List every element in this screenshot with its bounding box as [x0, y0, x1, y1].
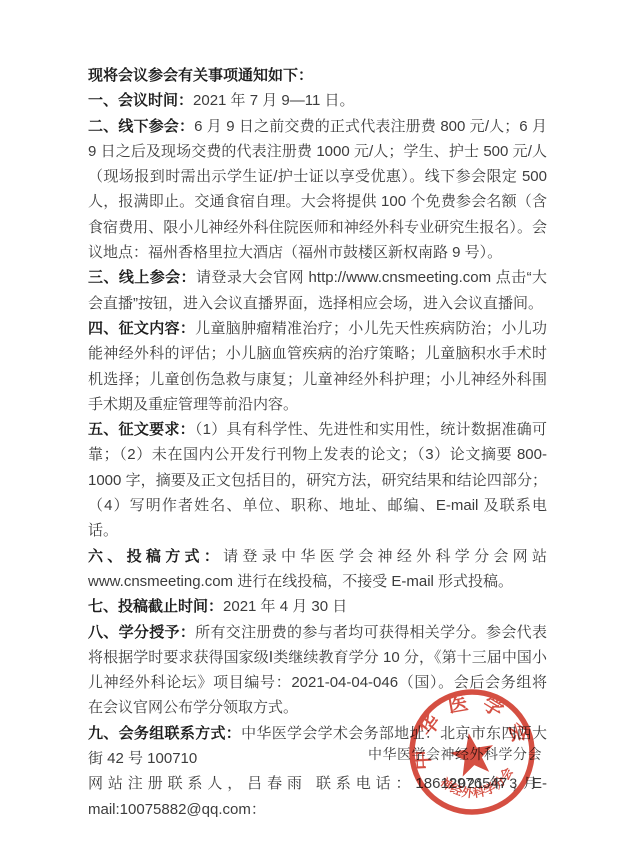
notice-item-5: 五、征文要求：（1）具有科学性、先进性和实用性，统计数据准确可靠；（2）未在国内… [88, 417, 547, 543]
signature-organization: 中华医学会神经外科学分会 [368, 745, 540, 763]
item-label: 七、投稿截止时间： [88, 598, 223, 615]
item-label: 九、会务组联系方式： [88, 725, 241, 742]
item-label: 二、线下参会： [88, 118, 194, 135]
item-label: 四、征文内容： [88, 320, 195, 337]
notice-document-page: 现将会议参会有关事项通知如下： 一、会议时间：2021 年 7 月 9—11 日… [0, 0, 631, 858]
item-text: 2021 年 4 月 30 日 [223, 598, 347, 615]
signature-block: 中华医学会神经外科学分会 2021 年 3 月 [368, 745, 540, 792]
notice-item-8: 八、学分授予：所有交注册费的参与者均可获得相关学分。参会代表将根据学时要求获得国… [88, 620, 547, 721]
notice-item-2: 二、线下参会：6 月 9 日之前交费的正式代表注册费 800 元/人；6 月 9… [88, 114, 547, 266]
notice-item-1: 一、会议时间：2021 年 7 月 9—11 日。 [88, 88, 547, 113]
item-label: 五、征文要求： [88, 421, 195, 438]
item-text: 6 月 9 日之前交费的正式代表注册费 800 元/人；6 月 9 日之后及现场… [88, 118, 547, 261]
notice-body: 现将会议参会有关事项通知如下： 一、会议时间：2021 年 7 月 9—11 日… [88, 63, 547, 822]
signature-date: 2021 年 3 月 [368, 774, 540, 792]
notice-item-4: 四、征文内容：儿童脑肿瘤精准治疗；小儿先天性疾病防治；小儿功能神经外科的评估；小… [88, 316, 547, 417]
notice-item-3: 三、线上参会：请登录大会官网 http://www.cnsmeeting.com… [88, 265, 547, 316]
item-label: 六、投稿方式： [88, 548, 223, 565]
item-text: （1）具有科学性、先进性和实用性，统计数据准确可靠；（2）未在国内公开发行刊物上… [88, 421, 547, 539]
notice-item-6: 六、投稿方式：请登录中华医学会神经外科学分会网站 www.cnsmeeting.… [88, 544, 547, 595]
notice-intro: 现将会议参会有关事项通知如下： [88, 63, 547, 88]
item-label: 一、会议时间： [88, 92, 193, 109]
item-text: 2021 年 7 月 9—11 日。 [193, 92, 354, 109]
item-label: 三、线上参会： [88, 269, 196, 286]
notice-item-7: 七、投稿截止时间：2021 年 4 月 30 日 [88, 594, 547, 619]
item-label: 八、学分授予： [88, 624, 195, 641]
